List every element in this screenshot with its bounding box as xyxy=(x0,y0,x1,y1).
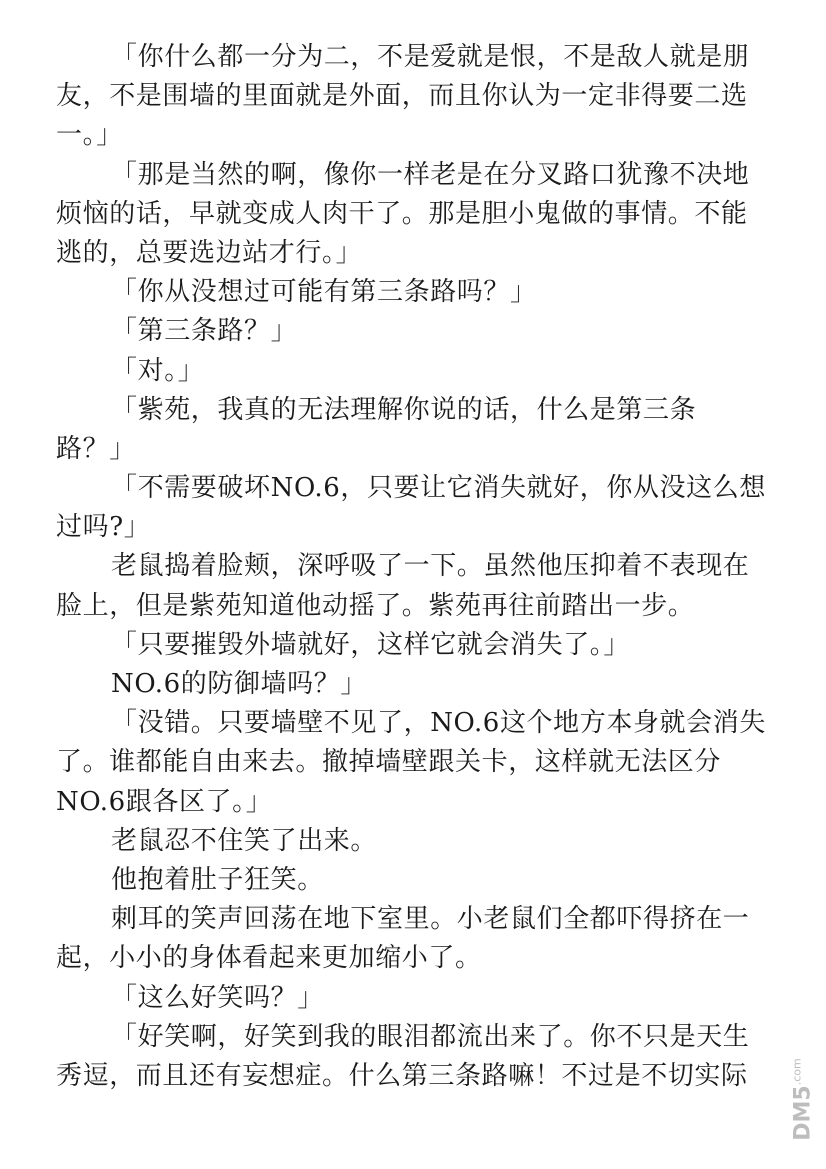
text-line: 路？」 xyxy=(56,430,756,469)
text-line: 「好笑啊，好笑到我的眼泪都流出来了。你不只是天生 xyxy=(56,1018,756,1057)
watermark-suffix: .com xyxy=(791,1058,804,1085)
text-line: 友，不是围墙的里面就是外面，而且你认为一定非得要二选 xyxy=(56,77,756,116)
text-line: 「这么好笑吗？」 xyxy=(56,979,756,1018)
text-line: 秀逗，而且还有妄想症。什么第三条路嘛！不过是不切实际 xyxy=(56,1057,756,1096)
document-page: 「你什么都一分为二，不是爱就是恨，不是敌人就是朋 友，不是围墙的里面就是外面，而… xyxy=(56,38,756,1096)
text-line: 起，小小的身体看起来更加缩小了。 xyxy=(56,939,756,978)
watermark-text: DM5.com xyxy=(791,1058,816,1140)
text-line: 「你什么都一分为二，不是爱就是恨，不是敌人就是朋 xyxy=(56,38,756,77)
text-line: 刺耳的笑声回荡在地下室里。小老鼠们全都吓得挤在一 xyxy=(56,900,756,939)
text-line: 了。谁都能自由来去。撤掉墙壁跟关卡，这样就无法区分 xyxy=(56,743,756,782)
text-line: 一。」 xyxy=(56,116,756,155)
text-line: 「对。」 xyxy=(56,352,756,391)
text-line: 「只要摧毁外墙就好，这样它就会消失了。」 xyxy=(56,626,756,665)
text-line: 老鼠捣着脸颊，深呼吸了一下。虽然他压抑着不表现在 xyxy=(56,547,756,586)
text-line: 老鼠忍不住笑了出来。 xyxy=(56,822,756,861)
watermark-brand: DM5 xyxy=(791,1085,816,1140)
dm5-watermark-logo: DM5.com xyxy=(789,1040,817,1158)
text-line: NO.6跟各区了。」 xyxy=(56,783,756,822)
text-line: NO.6的防御墙吗？」 xyxy=(56,665,756,704)
text-line: 「不需要破坏NO.6，只要让它消失就好，你从没这么想 xyxy=(56,469,756,508)
text-line: 「第三条路？」 xyxy=(56,312,756,351)
text-line: 烦恼的话，早就变成人肉干了。那是胆小鬼做的事情。不能 xyxy=(56,195,756,234)
text-line: 逃的，总要选边站才行。」 xyxy=(56,234,756,273)
text-line: 「那是当然的啊，像你一样老是在分叉路口犹豫不决地 xyxy=(56,156,756,195)
text-line: 脸上，但是紫苑知道他动摇了。紫苑再往前踏出一步。 xyxy=(56,587,756,626)
text-line: 他抱着肚子狂笑。 xyxy=(56,861,756,900)
text-line: 「紫苑，我真的无法理解你说的话，什么是第三条 xyxy=(56,391,756,430)
text-line: 过吗?」 xyxy=(56,508,756,547)
text-line: 「你从没想过可能有第三条路吗？」 xyxy=(56,273,756,312)
text-line: 「没错。只要墙壁不见了，NO.6这个地方本身就会消失 xyxy=(56,704,756,743)
